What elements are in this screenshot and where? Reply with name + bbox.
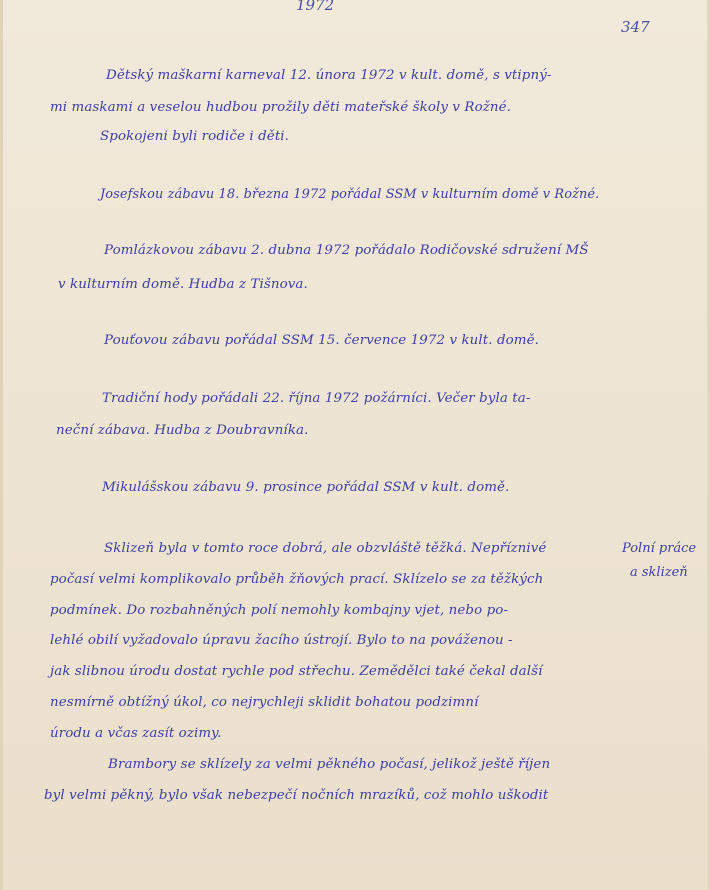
text-line: Dětský maškarní karneval 12. února 1972 … (106, 68, 551, 83)
text-line: Brambory se sklízely za velmi pěkného po… (108, 757, 550, 772)
text-line: lehlé obilí vyžadovalo úpravu žacího úst… (50, 633, 513, 648)
margin-note-line: Polní práce (622, 537, 696, 561)
text-line: Pomlázkovou zábavu 2. dubna 1972 pořádal… (104, 243, 589, 258)
text-line: úrodu a včas zasít ozimy. (50, 726, 221, 741)
margin-note-line: a sklizeň (622, 561, 696, 585)
text-line: mi maskami a veselou hudbou prožily děti… (50, 100, 511, 115)
text-line: Pouťovou zábavu pořádal SSM 15. července… (104, 333, 539, 348)
text-line: byl velmi pěkný, bylo však nebezpečí noč… (44, 788, 548, 803)
text-line: Sklizeň byla v tomto roce dobrá, ale obz… (104, 541, 546, 556)
margin-note: Polní práce a sklizeň (622, 537, 696, 585)
text-line: počasí velmi komplikovalo průběh žňových… (50, 572, 543, 587)
year-heading: 1972 (296, 0, 334, 14)
text-line: jak slibnou úrodu dostat rychle pod stře… (50, 664, 542, 679)
text-line: v kulturním domě. Hudba z Tišnova. (58, 277, 308, 292)
handwritten-chronicle-page: 1972 347 Dětský maškarní karneval 12. ún… (0, 0, 710, 890)
text-line: nesmírně obtížný úkol, co nejrychleji sk… (50, 695, 478, 710)
page-number: 347 (621, 18, 650, 36)
text-line: Josefskou zábavu 18. března 1972 pořádal… (100, 187, 599, 202)
text-line: podmínek. Do rozbahněných polí nemohly k… (50, 603, 508, 618)
text-line: Tradiční hody pořádali 22. října 1972 po… (102, 391, 530, 406)
text-line: neční zábava. Hudba z Doubravníka. (56, 423, 308, 438)
text-line: Spokojeni byli rodiče i děti. (100, 129, 289, 144)
text-line: Mikulášskou zábavu 9. prosince pořádal S… (102, 480, 509, 495)
